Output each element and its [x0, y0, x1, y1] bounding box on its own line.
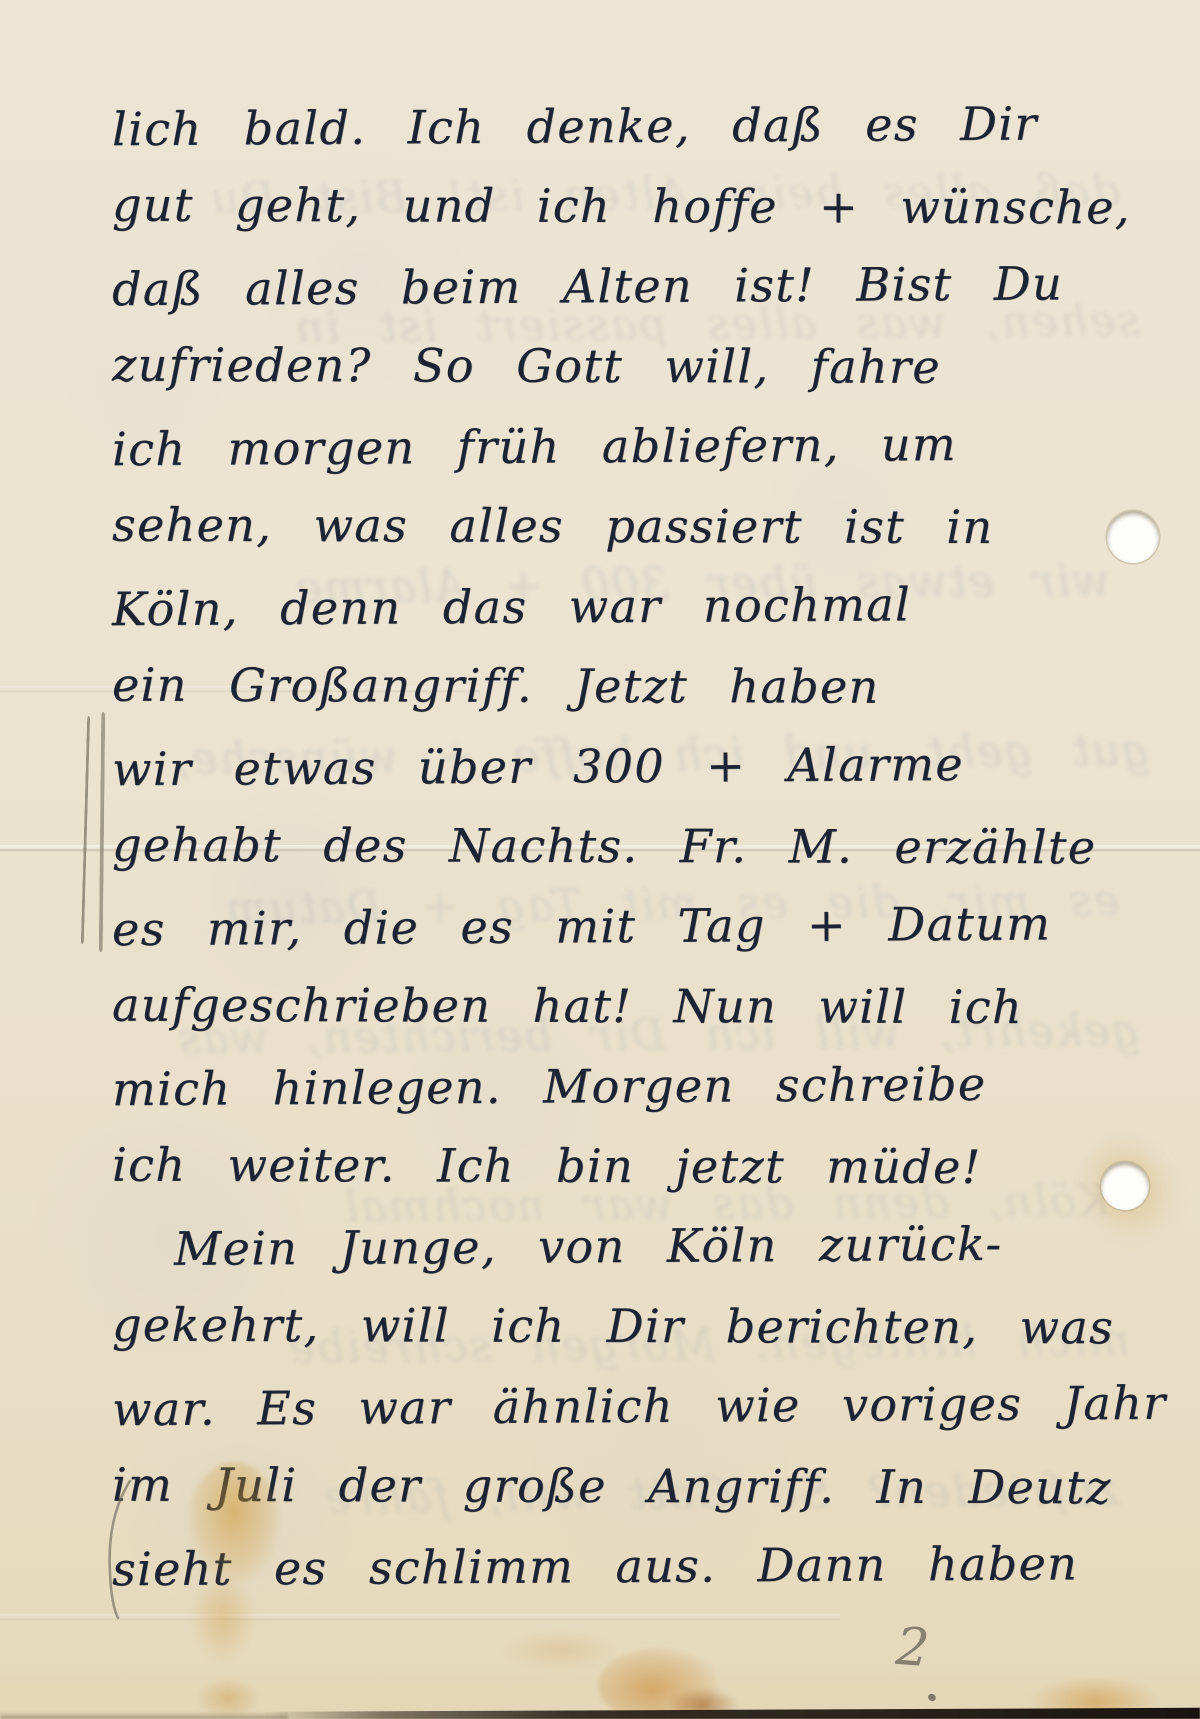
stain — [598, 1648, 718, 1719]
scan-edge-shadow — [0, 1712, 288, 1719]
letter-line: war. Es war ähnlich wie voriges Jahr — [112, 1363, 1152, 1449]
letter-line: es mir, die es mit Tag + Datum — [112, 883, 1152, 969]
letter-line: aufgeschrieben hat! Nun will ich — [112, 965, 1152, 1048]
stain — [500, 1630, 620, 1670]
letter-line: Köln, denn das war nochmal — [112, 563, 1152, 649]
letter-line: zufrieden? So Gott will, fahre — [112, 325, 1152, 408]
letter-line: lich bald. Ich denke, daß es Dir — [112, 83, 1152, 169]
pencil-dot — [927, 1692, 937, 1702]
letter-line: daß alles beim Alten ist! Bist Du — [112, 243, 1152, 329]
letter-line: ein Großangriff. Jetzt haben — [112, 645, 1152, 728]
letter-line: im Juli der große Angriff. In Deutz — [112, 1445, 1152, 1528]
pencil-margin-mark — [99, 712, 106, 952]
letter-line: gut geht, und ich hoffe + wünsche, — [112, 165, 1152, 248]
pencil-margin-mark — [81, 716, 90, 944]
letter-line: sieht es schlimm aus. Dann haben — [112, 1523, 1152, 1609]
letter-line: mich hinlegen. Morgen schreibe — [112, 1043, 1152, 1129]
letter-line: gekehrt, will ich Dir berichten, was — [112, 1285, 1152, 1368]
punch-hole-bottom — [1101, 1162, 1149, 1210]
letter-line-paragraph-start: Mein Junge, von Köln zurück- — [112, 1203, 1152, 1289]
letter-body: lich bald. Ich denke, daß es Dir gut geh… — [112, 86, 1152, 1606]
letter-page: daß alles beim Alten ist! Bist Du sehen,… — [0, 0, 1200, 1719]
letter-line: gehabt des Nachts. Fr. M. erzählte — [112, 805, 1152, 888]
letter-line: wir etwas über 300 + Alarme — [112, 723, 1152, 809]
letter-line: ich weiter. Ich bin jetzt müde! — [112, 1125, 1152, 1208]
fold-crease-faint — [0, 1614, 840, 1621]
punch-hole-top — [1107, 511, 1159, 563]
letter-line: sehen, was alles passiert ist in — [112, 485, 1152, 568]
pencil-page-number: 2 — [894, 1617, 931, 1679]
letter-line: ich morgen früh abliefern, um — [112, 403, 1152, 489]
